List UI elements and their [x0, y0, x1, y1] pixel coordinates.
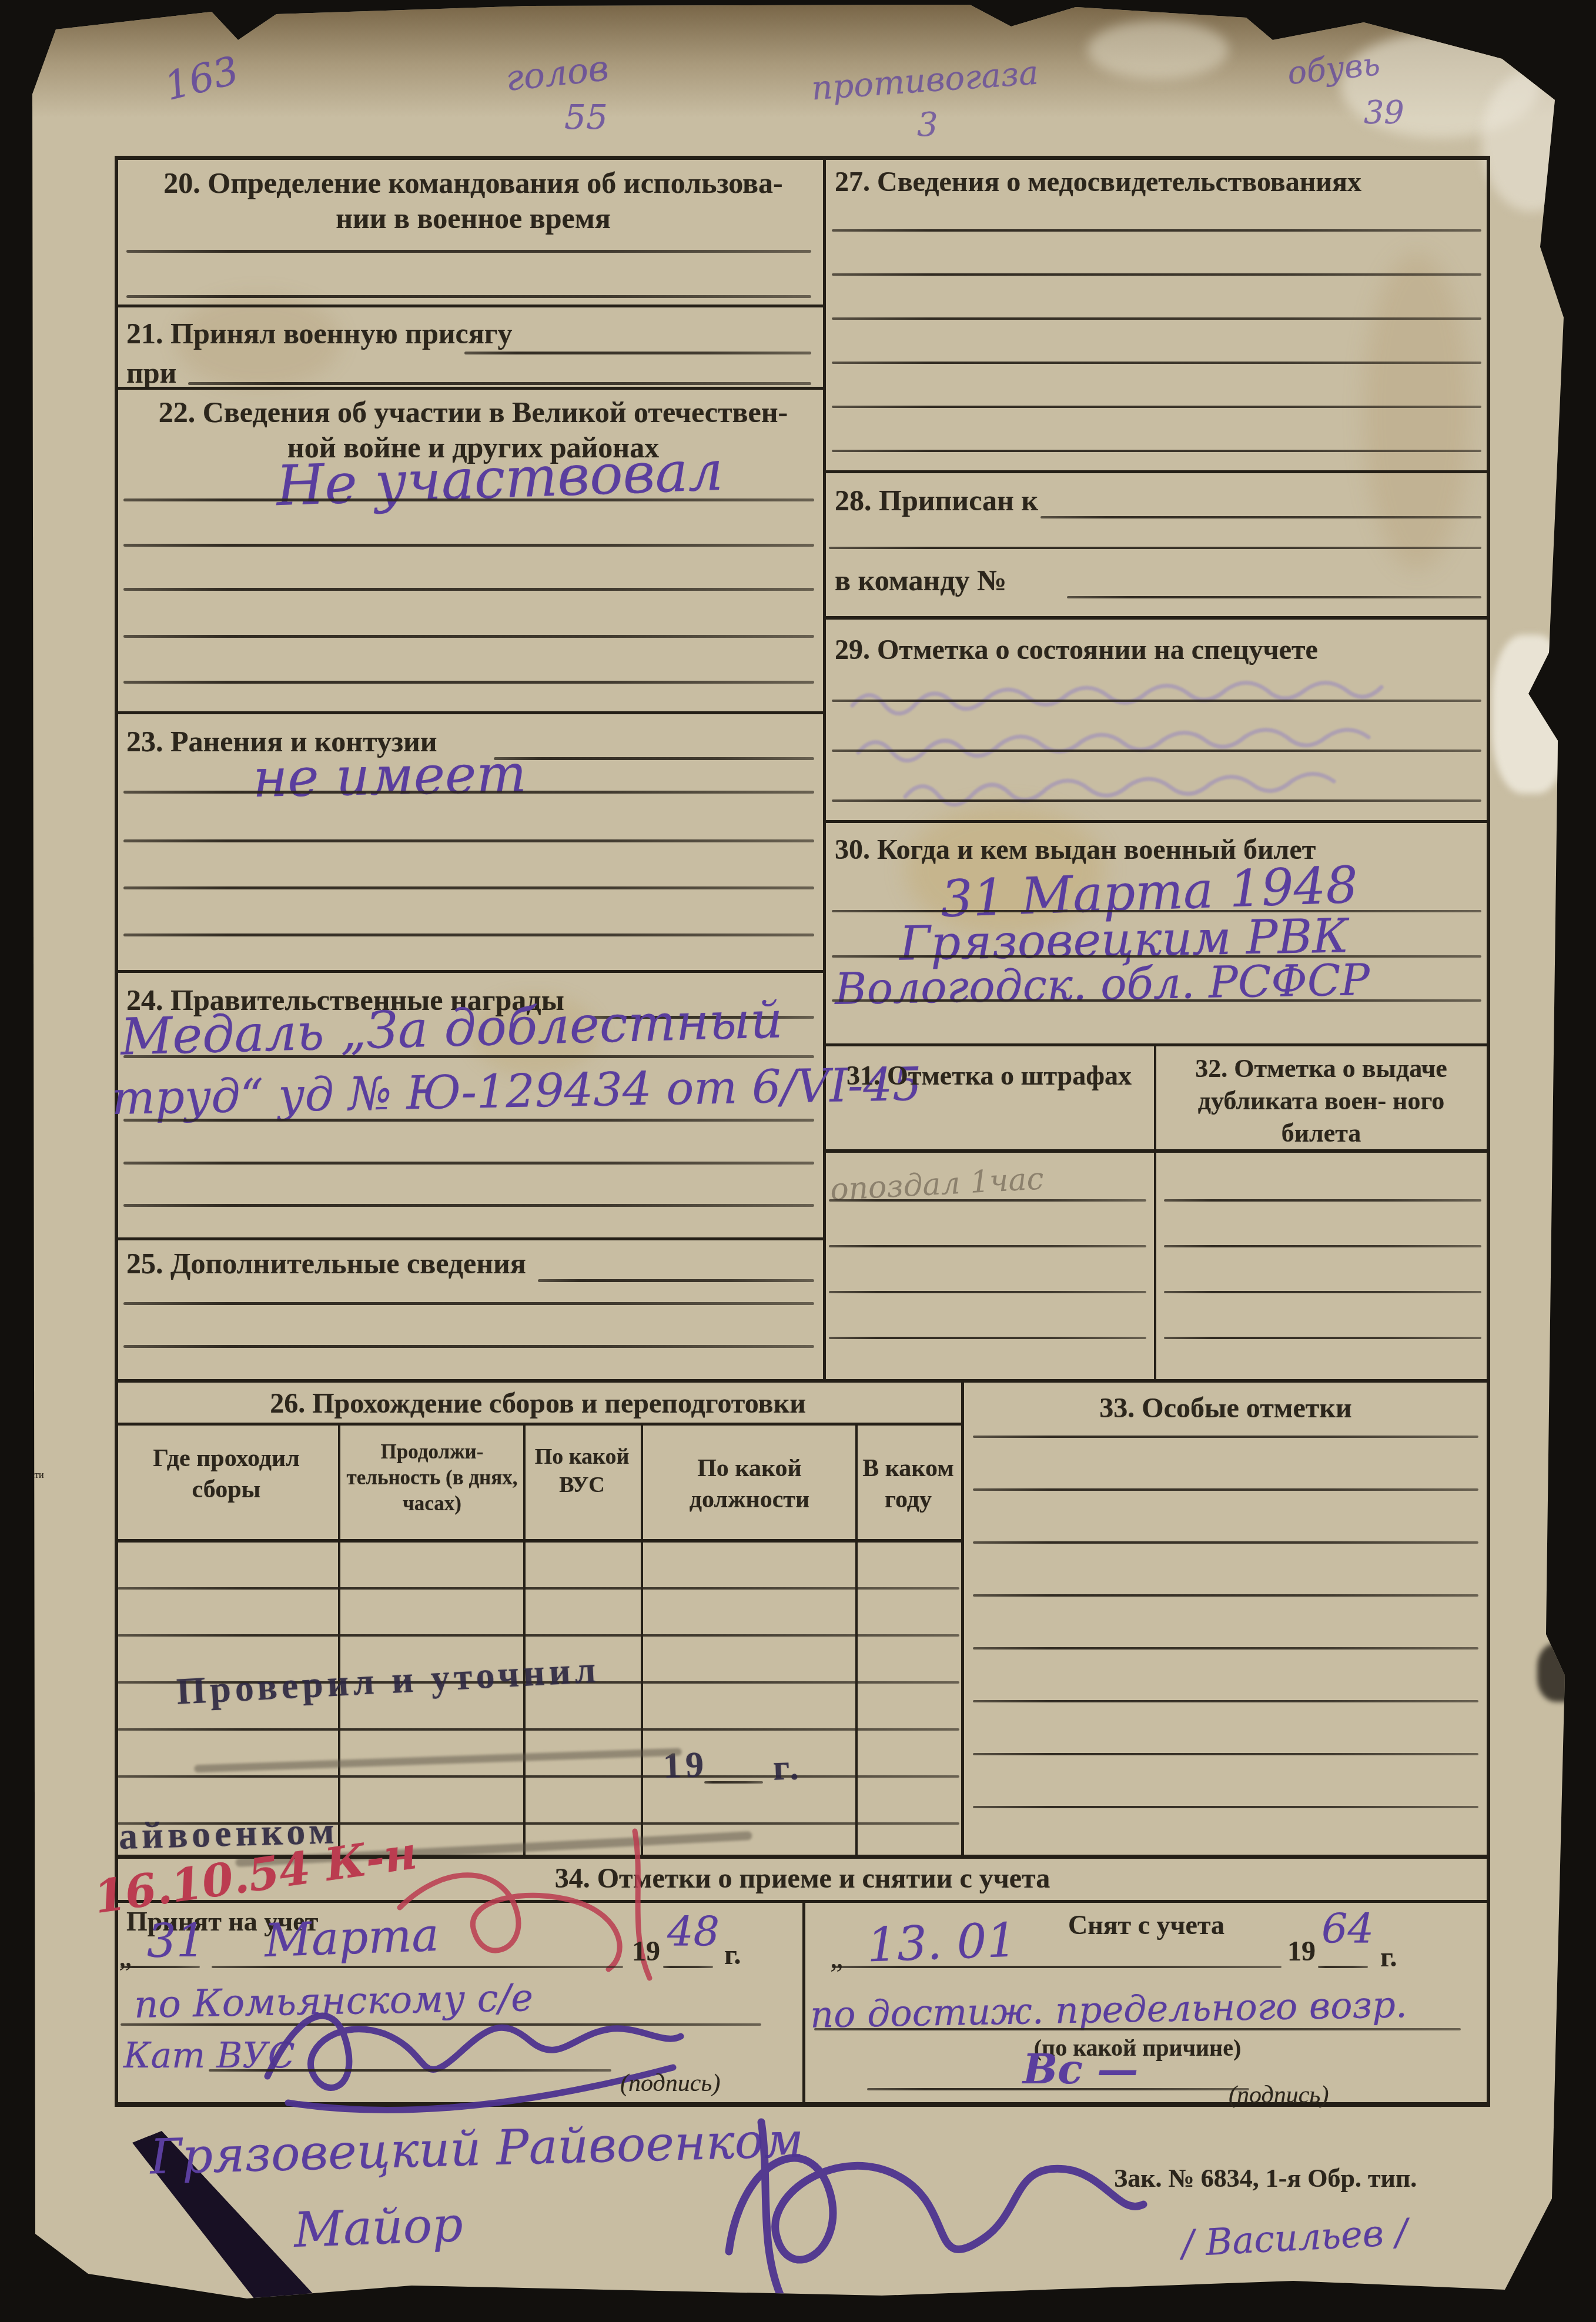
ruled-line [123, 886, 814, 889]
section-separator [823, 1043, 1490, 1046]
paper-sheet: 163 голов 55 противогаза 3 обувь 39 20. … [0, 0, 1596, 2322]
ruled-line [123, 681, 814, 684]
table-col-border [641, 1423, 643, 1855]
ruled-line [829, 1291, 1146, 1293]
ruled-line [123, 1204, 814, 1207]
ruled-line [832, 955, 1481, 958]
ruled-line [832, 799, 1481, 802]
ruled-line [1164, 1337, 1481, 1339]
section23-handwriting: не имеет [252, 743, 527, 809]
ruled-line [123, 498, 814, 501]
accept-year-suffix: г. [724, 1939, 741, 1971]
section-separator [115, 1379, 1490, 1383]
ruled-line [1318, 1966, 1368, 1968]
stamp-year-suffix: г. [772, 1746, 804, 1789]
stamp-underline [704, 1781, 763, 1784]
ruled-line [123, 1345, 814, 1348]
column-divider-upper [823, 156, 826, 1381]
ruled-line [121, 1966, 200, 1968]
ruled-line [973, 1594, 1478, 1597]
ruled-line [973, 1753, 1478, 1755]
ruled-line [209, 2069, 611, 2072]
ruled-line [829, 1245, 1146, 1247]
table-col-border [855, 1423, 858, 1855]
table-row-line [118, 1775, 959, 1778]
accept-year-printed: 19 [632, 1935, 660, 1968]
ruled-line [832, 700, 1481, 702]
col-header-duration: Продолжи- тельность (в днях, часах) [344, 1439, 520, 1516]
accept-day: 31 [147, 1915, 205, 1968]
section33-title: 33. Особые отметки [970, 1392, 1481, 1424]
ruled-line [123, 635, 814, 638]
ruled-line [123, 1162, 814, 1165]
ruled-line [832, 317, 1481, 320]
section28-label1: 28. Приписан к [835, 483, 1038, 517]
footer-signature-vasilyev: / Васильев / [1180, 2210, 1408, 2265]
ruled-line [123, 588, 814, 591]
section26-title: 26. Прохождение сборов и переподготовки [115, 1387, 961, 1420]
top-note-number: 163 [160, 48, 243, 109]
stain-tear-right [1537, 1643, 1584, 1702]
ruled-line [538, 1279, 814, 1282]
section-separator [115, 387, 823, 390]
section-separator [115, 711, 823, 714]
section-separator [823, 820, 1490, 823]
ruled-line [829, 547, 1481, 549]
ruled-line [126, 295, 811, 298]
ruled-line [829, 1337, 1146, 1339]
col-header-place: Где проходил сборы [118, 1443, 335, 1505]
ruled-line [829, 1199, 1146, 1202]
ruled-line [126, 250, 811, 253]
quote-mark: „ [830, 1940, 843, 1974]
ruled-line [123, 544, 814, 547]
table-header-bottom [115, 1539, 961, 1543]
stain-patch [1481, 71, 1581, 212]
release-year-suffix: г. [1380, 1941, 1397, 1973]
section30-handwriting3: Вологодск. обл. РСФСР [834, 955, 1370, 1015]
ruled-line [973, 1806, 1478, 1808]
section25-title: 25. Дополнительные сведения [126, 1246, 526, 1280]
section21-label: 21. Принял военную присягу [126, 316, 512, 350]
accept-month: Марта [264, 1909, 440, 1968]
stain-patch [1088, 21, 1229, 79]
ruled-line [123, 934, 814, 936]
ruled-line [123, 1119, 814, 1122]
table-row-line [118, 1728, 959, 1731]
form-border-right [1487, 156, 1490, 2106]
ruled-line [188, 382, 811, 385]
ruled-line [663, 1966, 713, 1968]
ruled-line [123, 1055, 814, 1058]
subsection-header-underline [823, 1149, 1490, 1153]
ruled-line [1164, 1291, 1481, 1293]
section27-title: 27. Сведения о медосвидетельствованиях [835, 166, 1361, 198]
ruled-line [973, 1541, 1478, 1544]
ruled-line [1164, 1199, 1481, 1202]
section29-title: 29. Отметка о состоянии на спецучете [835, 634, 1318, 666]
section32-title: 32. Отметка о выдаче дубликата воен- ног… [1161, 1052, 1481, 1149]
section31-title: 31. Отметка о штрафах [829, 1058, 1149, 1093]
col-header-year: В каком году [858, 1453, 958, 1515]
pencil-smear [194, 1748, 682, 1773]
release-signature-label: (подпись) [1229, 2081, 1329, 2109]
section-separator [823, 470, 1490, 473]
ruled-line [123, 1302, 814, 1305]
ruled-line [973, 1647, 1478, 1650]
table-row-line [118, 1634, 959, 1637]
ruled-line [1164, 1245, 1481, 1247]
top-note-label: противогаза [810, 54, 1039, 108]
ruled-line [123, 791, 814, 794]
release-year-handwritten: 64 [1321, 1905, 1374, 1953]
ruled-line [832, 273, 1481, 276]
stain-yellow [1364, 253, 1470, 570]
section-separator [115, 970, 823, 973]
section20-title-line1: 20. Определение командования об использо… [126, 166, 820, 200]
ruled-line [832, 999, 1481, 1002]
ruled-line [832, 750, 1481, 752]
ruled-line [494, 757, 814, 760]
top-note-value: 3 [917, 106, 938, 144]
table-col-border [523, 1423, 526, 1855]
accept-year-handwritten: 48 [667, 1908, 720, 1956]
release-year-printed: 19 [1287, 1935, 1316, 1968]
accept-signature-label: (подпись) [620, 2069, 720, 2097]
ruled-line [464, 352, 811, 354]
section24-handwriting2: труд“ уд № Ю-129434 от 6/VI-45 [111, 1058, 922, 1125]
section-separator [823, 616, 1490, 620]
ruled-line [973, 1700, 1478, 1702]
ruled-line [1067, 596, 1481, 598]
release-signature: Вс — [1023, 2045, 1138, 2093]
section20-title-line2: нии в военное время [126, 201, 820, 235]
table-top-border [115, 1423, 961, 1426]
top-note-value: 39 [1364, 94, 1404, 131]
footer-flourish-signature [705, 2110, 1152, 2304]
ruled-line [973, 1488, 1478, 1491]
ruled-line [973, 1436, 1478, 1438]
footer-print-order: Зак. № 6834, 1-я Обр. тип. [1114, 2163, 1417, 2193]
document-scan: 163 голов 55 противогаза 3 обувь 39 20. … [0, 0, 1596, 2322]
col-header-position: По какой должности [647, 1453, 852, 1515]
stamp-checked-line1: Проверил и уточнил [176, 1648, 601, 1714]
ruled-line [212, 1966, 623, 1968]
ruled-line [814, 2028, 1461, 2030]
section21-label2: при [126, 356, 176, 390]
section-separator [115, 1237, 823, 1240]
ruled-line [832, 406, 1481, 408]
top-note-label: обувь [1286, 45, 1381, 92]
section28-label2: в команду № [835, 563, 1006, 597]
section22-title-line1: 22. Сведения об участии в Великой отечес… [126, 395, 820, 429]
ruled-line [867, 2088, 1249, 2090]
stain-white-right [1492, 635, 1568, 794]
section-separator [115, 305, 823, 307]
column-divider-lower [961, 1381, 964, 1855]
release-date: 13. 01 [866, 1913, 1018, 1973]
top-note-label: голов [504, 48, 611, 99]
subsection-divider [1154, 1043, 1156, 1381]
ruled-line [123, 839, 814, 842]
ruled-line [1040, 516, 1481, 518]
table-col-border [338, 1423, 340, 1855]
ruled-line [832, 1966, 1282, 1968]
form-border-top [115, 156, 1490, 160]
form-border-left [115, 156, 118, 2106]
ruled-line [832, 450, 1481, 452]
ruled-line [832, 229, 1481, 232]
col-header-vus: По какой ВУС [526, 1443, 638, 1499]
footer-rank: Майор [293, 2197, 464, 2259]
table-row-line [118, 1587, 959, 1590]
top-note-value: 55 [564, 97, 608, 137]
ruled-line [832, 362, 1481, 364]
